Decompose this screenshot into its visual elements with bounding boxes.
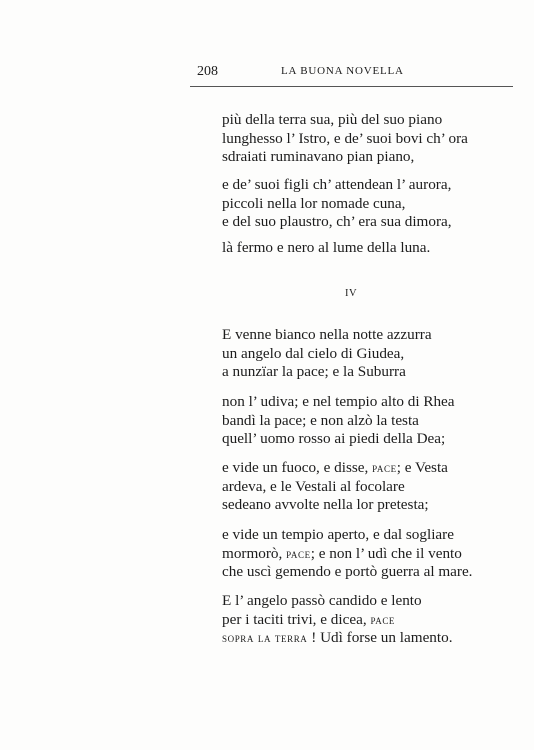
verse-line: e de’ suoi figli ch’ attendean l’ aurora… (222, 176, 452, 195)
small-caps-word: pace (286, 546, 311, 561)
stanza: E venne bianco nella notte azzurraun ang… (222, 326, 432, 382)
verse-line: e del suo plaustro, ch’ era sua dimora, (222, 213, 452, 232)
small-caps-word: pace (372, 460, 397, 475)
verse-line: e vide un tempio aperto, e dal sogliare (222, 526, 472, 545)
verse-line: lunghesso l’ Istro, e de’ suoi bovi ch’ … (222, 130, 468, 149)
stanza: e vide un fuoco, e disse, pace; e Vestaa… (222, 459, 448, 515)
verse-line: E l’ angelo passò candido e lento (222, 592, 453, 611)
section-heading: IV (345, 288, 357, 299)
running-title: LA BUONA NOVELLA (281, 65, 404, 77)
verse-line: mormorò, pace; e non l’ udì che il vento (222, 545, 472, 564)
verse-line: più della terra sua, più del suo piano (222, 111, 468, 130)
verse-line: là fermo e nero al lume della luna. (222, 239, 430, 258)
verse-line: non l’ udiva; e nel tempio alto di Rhea (222, 393, 455, 412)
verse-line: e vide un fuoco, e disse, pace; e Vesta (222, 459, 448, 478)
verse-line: a nunzïar la pace; e la Suburra (222, 363, 432, 382)
stanza: là fermo e nero al lume della luna. (222, 239, 430, 258)
stanza: e de’ suoi figli ch’ attendean l’ aurora… (222, 176, 452, 232)
stanza: e vide un tempio aperto, e dal sogliarem… (222, 526, 472, 582)
verse-line: quell’ uomo rosso ai piedi della Dea; (222, 430, 455, 449)
stanza: non l’ udiva; e nel tempio alto di Rheab… (222, 393, 455, 449)
page-number: 208 (197, 64, 218, 80)
small-caps-word: sopra la terra (222, 630, 307, 645)
stanza: più della terra sua, più del suo pianolu… (222, 111, 468, 167)
verse-line: ardeva, e le Vestali al focolare (222, 478, 448, 497)
verse-line: un angelo dal cielo di Giudea, (222, 345, 432, 364)
verse-line: sdraiati ruminavano pian piano, (222, 148, 468, 167)
verse-line: per i taciti trivi, e dicea, pace (222, 611, 453, 630)
verse-line: piccoli nella lor nomade cuna, (222, 195, 452, 214)
verse-line: E venne bianco nella notte azzurra (222, 326, 432, 345)
page-header: 208 LA BUONA NOVELLA (193, 64, 513, 86)
verse-line: sedeano avvolte nella lor pretesta; (222, 496, 448, 515)
verse-line: sopra la terra ! Udì forse un lamento. (222, 629, 453, 648)
header-rule (190, 86, 513, 87)
verse-line: che uscì gemendo e portò guerra al mare. (222, 563, 472, 582)
stanza: E l’ angelo passò candido e lentoper i t… (222, 592, 453, 648)
small-caps-word: pace (370, 612, 395, 627)
verse-line: bandì la pace; e non alzò la testa (222, 412, 455, 431)
